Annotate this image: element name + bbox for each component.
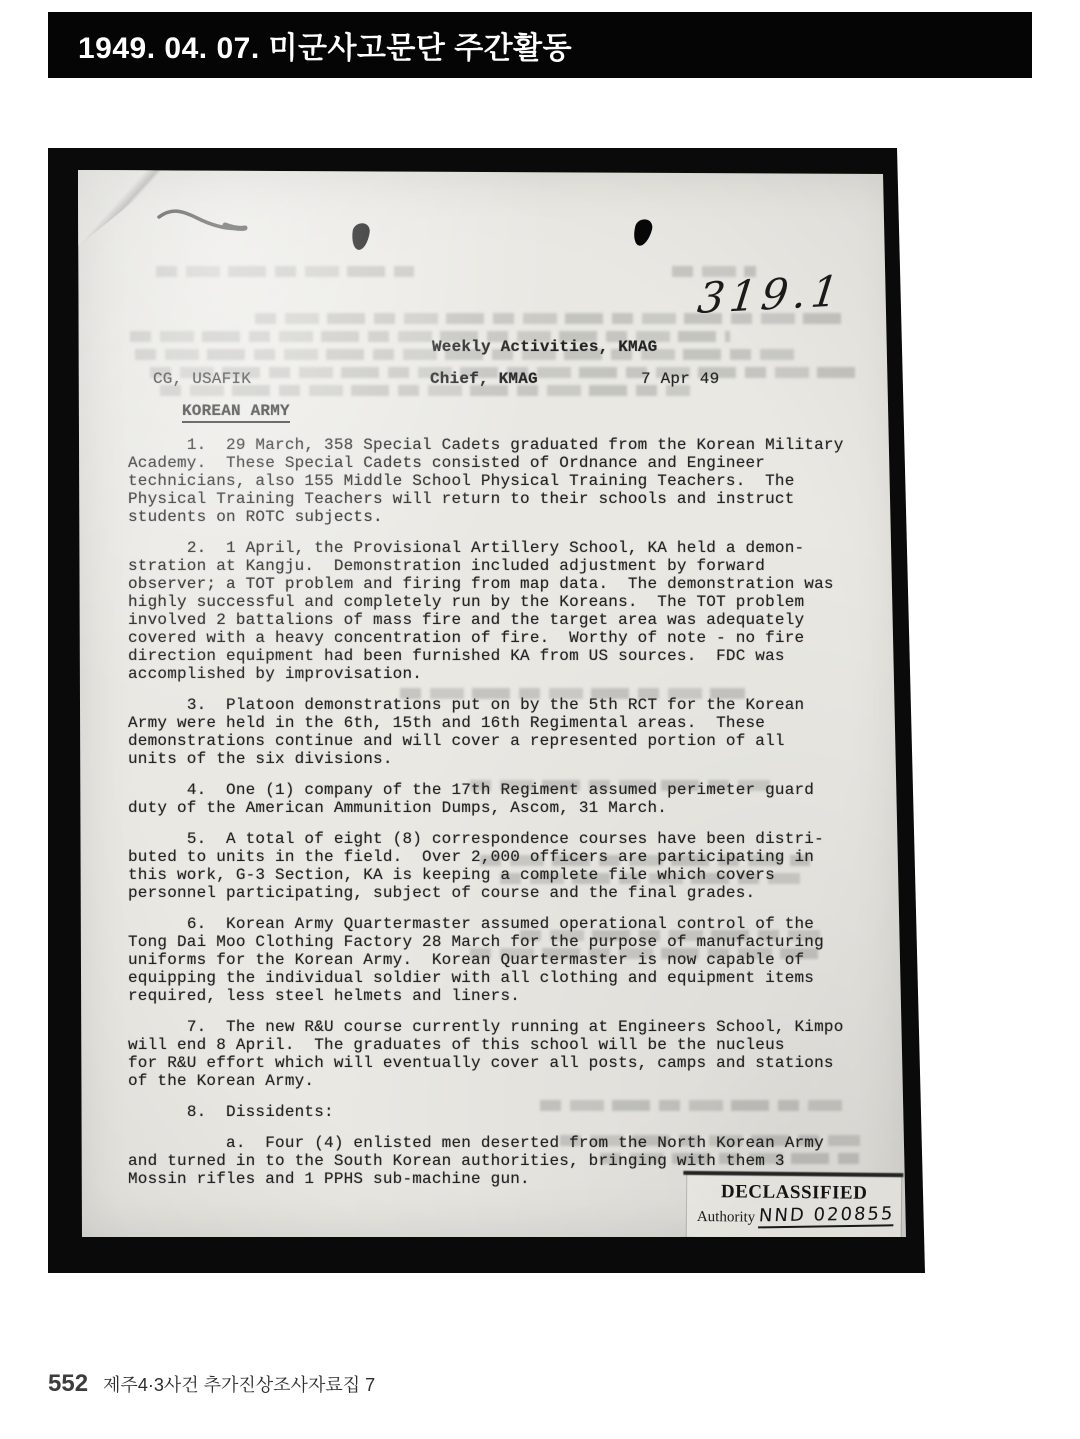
paragraph-2: 2. 1 April, the Provisional Artillery Sc… <box>128 539 868 683</box>
punch-hole-left <box>350 222 371 251</box>
bleed-through-line <box>156 266 414 277</box>
page-number: 552 <box>48 1370 88 1398</box>
section-heading: KOREAN ARMY <box>182 402 290 423</box>
footer: 552 제주4·3사건 추가진상조사자료집 7 <box>48 1370 375 1398</box>
document-title: Weekly Activities, KMAG <box>432 338 657 356</box>
pen-mark <box>155 203 250 243</box>
book-title: 제주4·3사건 추가진상조사자료집 7 <box>103 1371 375 1397</box>
stamp-authority-label: Authority <box>697 1209 756 1227</box>
document-scan: 319.1 Weekly Activities, KMAG CG, USAFIK… <box>48 148 925 1273</box>
address-date: 7 Apr 49 <box>641 370 719 388</box>
document-body: 1. 29 March, 358 Special Cadets graduate… <box>128 436 868 1201</box>
address-from: Chief, KMAG <box>430 370 538 388</box>
paragraph-3: 3. Platoon demonstrations put on by the … <box>128 696 868 768</box>
address-row: CG, USAFIK Chief, KMAG 7 Apr 49 <box>76 370 906 390</box>
paragraph-6: 6. Korean Army Quartermaster assumed ope… <box>128 915 868 1005</box>
address-to: CG, USAFIK <box>153 370 251 388</box>
declassified-stamp: DECLASSIFIED Authority NND 020855 <box>687 1175 902 1239</box>
paragraph-8: 8. Dissidents: <box>128 1103 868 1121</box>
paragraph-4: 4. One (1) company of the 17th Regiment … <box>128 781 868 817</box>
header-title: 1949. 04. 07. 미군사고문단 주간활동 <box>48 23 572 67</box>
paragraph-5: 5. A total of eight (8) correspondence c… <box>128 830 868 902</box>
header-bar: 1949. 04. 07. 미군사고문단 주간활동 <box>48 12 1032 78</box>
stamp-authority-value: NND 020855 <box>758 1205 895 1228</box>
stamp-title: DECLASSIFIED <box>687 1181 901 1205</box>
document-page: 319.1 Weekly Activities, KMAG CG, USAFIK… <box>76 170 906 1237</box>
paragraph-7: 7. The new R&U course currently running … <box>128 1018 868 1090</box>
paragraph-1: 1. 29 March, 358 Special Cadets graduate… <box>128 436 868 526</box>
punch-hole-right <box>631 217 654 247</box>
file-number: 319.1 <box>695 266 846 323</box>
